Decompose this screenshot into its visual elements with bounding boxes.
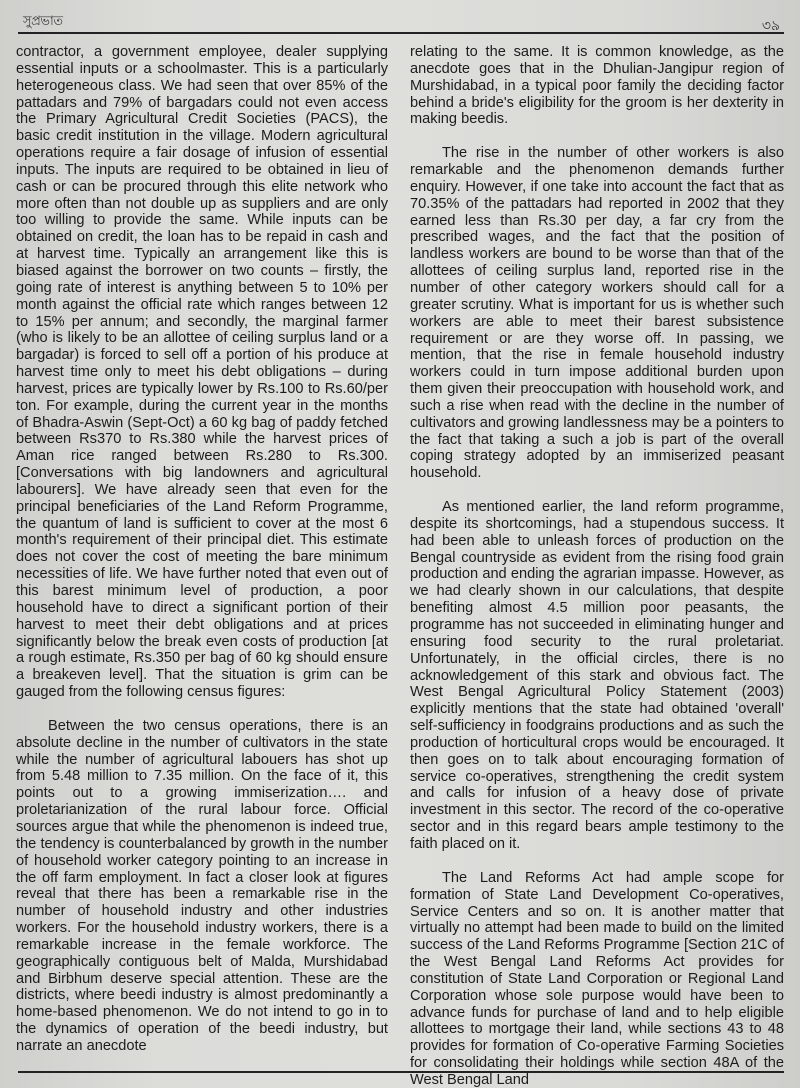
right-column: relating to the same. It is common knowl…	[410, 44, 784, 1088]
paragraph: The rise in the number of other workers …	[410, 145, 784, 482]
page-number: ৩৯	[762, 14, 780, 38]
scanned-page: সুপ্রভাত ৩৯ contractor, a government emp…	[0, 0, 800, 1088]
paragraph: Between the two census operations, there…	[16, 718, 388, 1055]
header-rule	[18, 32, 784, 34]
paragraph: The Land Reforms Act had ample scope for…	[410, 870, 784, 1088]
paragraph: relating to the same. It is common knowl…	[410, 44, 784, 128]
paragraph: As mentioned earlier, the land reform pr…	[410, 499, 784, 853]
footer-rule	[18, 1071, 784, 1073]
publication-title: সুপ্রভাত	[23, 12, 63, 33]
paragraph: contractor, a government employee, deale…	[16, 44, 388, 701]
page-header: সুপ্রভাত ৩৯	[18, 6, 784, 34]
left-column: contractor, a government employee, deale…	[16, 44, 388, 1055]
